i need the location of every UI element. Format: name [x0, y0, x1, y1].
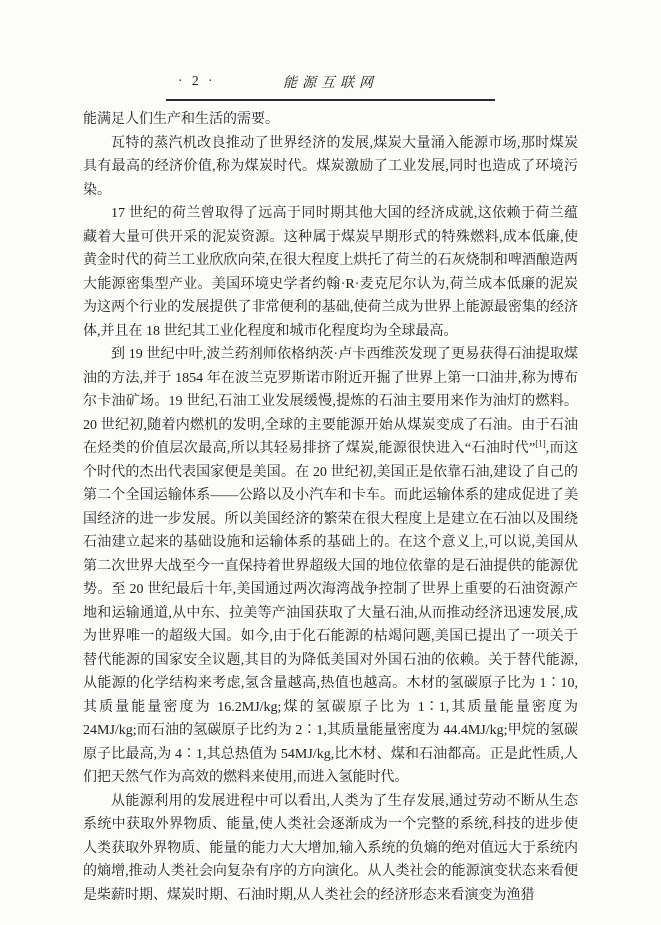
text-segment: 17 世纪的荷兰曾取得了远高于同时期其他大国的经济成就,这依赖于荷兰蕴藏着大量可…: [83, 206, 578, 339]
text-segment: 瓦特的蒸汽机改良推动了世界经济的发展,煤炭大量涌入能源市场,那时煤炭具有最高的经…: [83, 136, 578, 198]
body-paragraph: 能满足人们生产和生活的需要。: [83, 108, 578, 132]
running-title: 能源互联网: [166, 72, 495, 92]
footnote-ref: [1]: [535, 438, 546, 448]
body-text: 能满足人们生产和生活的需要。瓦特的蒸汽机改良推动了世界经济的发展,煤炭大量涌入能…: [83, 108, 578, 907]
text-segment: ,而这个时代的杰出代表国家便是美国。在 20 世纪初,美国正是依靠石油,建设了自…: [83, 441, 578, 785]
body-paragraph: 从能源利用的发展进程中可以看出,人类为了生存发展,通过劳动不断从生态系统中获取外…: [83, 790, 578, 908]
text-segment: 从能源利用的发展进程中可以看出,人类为了生存发展,通过劳动不断从生态系统中获取外…: [83, 794, 578, 903]
body-paragraph: 17 世纪的荷兰曾取得了远高于同时期其他大国的经济成就,这依赖于荷兰蕴藏着大量可…: [83, 202, 578, 343]
page-header: · 2 · 能源互联网: [83, 0, 578, 97]
text-segment: 能满足人们生产和生活的需要。: [83, 112, 279, 127]
text-segment: 到 19 世纪中叶,波兰药剂师依格纳茨·卢卡西维茨发现了更易获得石油提取煤油的方…: [83, 347, 578, 456]
book-page: · 2 · 能源互联网 能满足人们生产和生活的需要。瓦特的蒸汽机改良推动了世界经…: [0, 0, 661, 925]
body-paragraph: 到 19 世纪中叶,波兰药剂师依格纳茨·卢卡西维茨发现了更易获得石油提取煤油的方…: [83, 343, 578, 790]
header-rule: [166, 99, 495, 101]
body-paragraph: 瓦特的蒸汽机改良推动了世界经济的发展,煤炭大量涌入能源市场,那时煤炭具有最高的经…: [83, 132, 578, 203]
